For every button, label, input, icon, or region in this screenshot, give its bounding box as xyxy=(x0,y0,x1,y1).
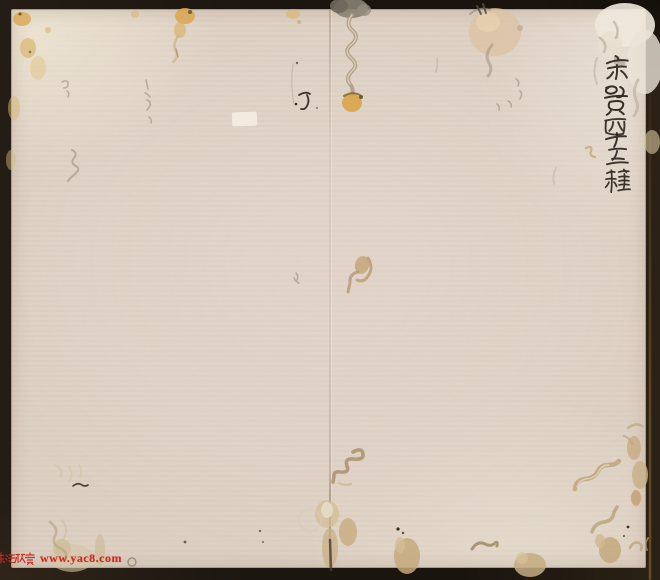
watermark: 书法欣赏 www.yac8.com xyxy=(0,551,122,566)
center-fold-highlight xyxy=(331,10,332,568)
watermark-cjk-glyphs xyxy=(0,552,35,565)
photo-frame: 宋賢四十五種 宋 賢 四 十 五 xyxy=(0,0,660,580)
inscription-text: 宋賢四十五種 xyxy=(598,52,599,53)
watermark-url: www.yac8.com xyxy=(40,551,122,566)
calligraphy-char-zhong: 種 xyxy=(604,168,634,196)
calligraphy-char-shi: 十 xyxy=(603,131,629,148)
inscription-calligraphy: 宋賢四十五種 宋 賢 四 十 五 xyxy=(598,52,638,200)
calligraphy-char-xian: 賢 xyxy=(600,84,633,117)
calligraphy-char-song: 宋 xyxy=(601,53,632,84)
frame-gold-edge xyxy=(649,90,651,580)
calligraphy-char-wu: 五 xyxy=(604,147,631,167)
